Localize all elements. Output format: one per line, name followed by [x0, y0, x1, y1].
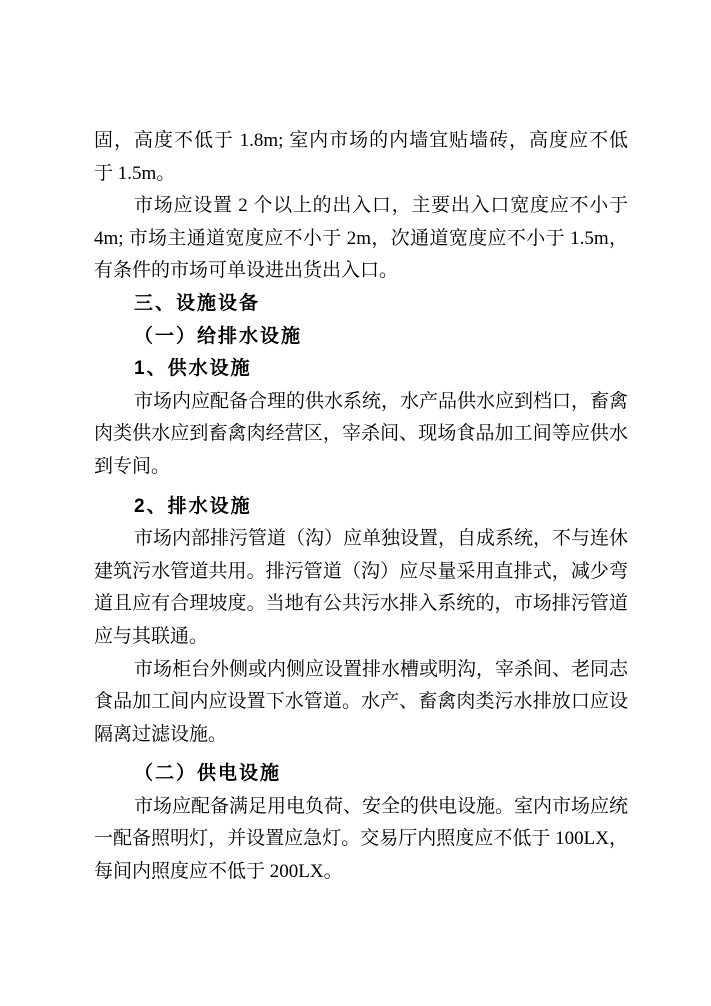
body-line: 市场应配备满足用电负荷、安全的供电设施。室内市场应统 — [94, 791, 628, 824]
body-line: 建筑污水管道共用。排污管道（沟）应尽量采用直排式，减少弯 — [94, 556, 628, 589]
body-line: 于 1.5m。 — [94, 158, 628, 191]
body-line: 应与其联通。 — [94, 621, 628, 654]
subsection-heading: （一）给排水设施 — [94, 321, 628, 354]
document-page: 固，高度不低于 1.8m; 室内市场的内墙宜贴墙砖，高度应不低 于 1.5m。 … — [0, 0, 711, 1006]
body-line: 市场内应配备合理的供水系统，水产品供水应到档口，畜禽 — [94, 386, 628, 419]
subsection-heading: 1、供水设施 — [94, 353, 628, 386]
body-line: 固，高度不低于 1.8m; 室内市场的内墙宜贴墙砖，高度应不低 — [94, 125, 628, 158]
body-line: 隔离过滤设施。 — [94, 719, 628, 752]
subsection-heading: 2、排水设施 — [94, 491, 628, 524]
document-body: 固，高度不低于 1.8m; 室内市场的内墙宜贴墙砖，高度应不低 于 1.5m。 … — [94, 125, 628, 889]
body-line: 一配备照明灯，并设置应急灯。交易厅内照度应不低于 100LX， — [94, 823, 628, 856]
body-line: 肉类供水应到畜禽肉经营区，宰杀间、现场食品加工间等应供水 — [94, 418, 628, 451]
body-line: 市场应设置 2 个以上的出入口，主要出入口宽度应不小于 — [94, 190, 628, 223]
body-line: 到专间。 — [94, 451, 628, 484]
section-heading: 三、设施设备 — [94, 288, 628, 321]
body-line: 市场内部排污管道（沟）应单独设置，自成系统，不与连休 — [94, 523, 628, 556]
body-line: 每间内照度应不低于 200LX。 — [94, 856, 628, 889]
body-line: 4m; 市场主通道宽度应不小于 2m，次通道宽度应不小于 1.5m， — [94, 223, 628, 256]
subsection-heading: （二）供电设施 — [94, 758, 628, 791]
body-line: 食品加工间内应设置下水管道。水产、畜禽肉类污水排放口应设 — [94, 686, 628, 719]
body-line: 道且应有合理坡度。当地有公共污水排入系统的，市场排污管道 — [94, 588, 628, 621]
body-line: 市场柜台外侧或内侧应设置排水槽或明沟，宰杀间、老同志 — [94, 654, 628, 687]
body-line: 有条件的市场可单设进出货出入口。 — [94, 255, 628, 288]
